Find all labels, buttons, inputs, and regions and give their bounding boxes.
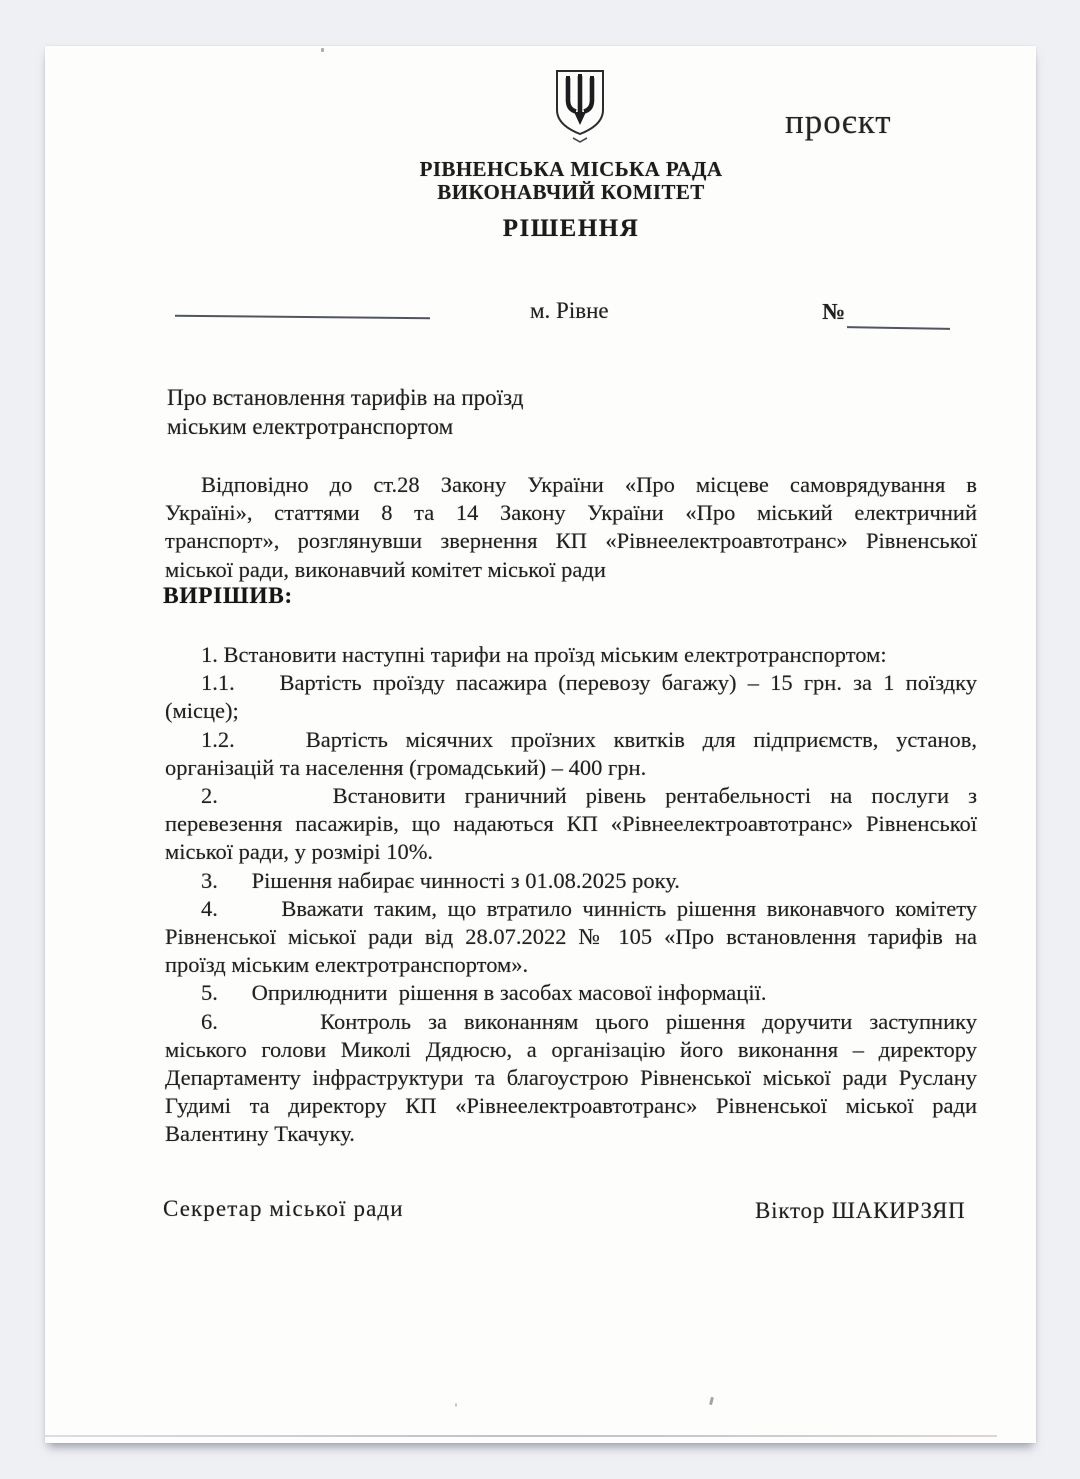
committee-name: ВИКОНАВЧИЙ КОМІТЕТ	[165, 181, 977, 204]
decision-item-5: 5. Оприлюднити рішення в засобах масової…	[165, 979, 977, 1007]
document-page: проєкт РІВНЕНСЬКА МІСЬКА РАДА ВИКОНАВЧИЙ…	[45, 46, 1036, 1443]
decision-item-4: 4. Вважати таким, що втратило чинність р…	[165, 895, 977, 980]
preamble-paragraph: Відповідно до ст.28 Закону України «Про …	[165, 471, 977, 584]
decision-item-6: 6. Контроль за виконанням цього рішення …	[165, 1008, 977, 1149]
decision-item-1: 1. Встановити наступні тарифи на проїзд …	[165, 641, 977, 669]
date-blank-line	[175, 315, 430, 319]
decision-item-2: 2. Встановити граничний рівень рентабель…	[165, 782, 977, 867]
ukraine-trident-emblem	[553, 68, 607, 146]
scan-speck	[321, 48, 324, 52]
city-label: м. Рівне	[530, 298, 609, 324]
decision-item-1-1: 1.1. Вартість проїзду пасажира (перевозу…	[165, 669, 977, 725]
resolved-heading: ВИРІШИВ:	[163, 583, 293, 610]
signatory-title: Секретар міської ради	[163, 1196, 404, 1222]
subject-line-1: Про встановлення тарифів на проїзд	[167, 384, 687, 413]
org-name-block: РІВНЕНСЬКА МІСЬКА РАДА ВИКОНАВЧИЙ КОМІТЕ…	[165, 158, 977, 204]
decision-item-1-2: 1.2. Вартість місячних проїзних квитків …	[165, 726, 977, 782]
decision-items: 1. Встановити наступні тарифи на проїзд …	[165, 641, 977, 1149]
scan-artifact-line	[45, 1435, 997, 1437]
scan-speck	[455, 1403, 457, 1407]
draft-label: проєкт	[785, 102, 892, 142]
decision-item-3: 3. Рішення набирає чинності з 01.08.2025…	[165, 867, 977, 895]
doc-number-sign: №	[822, 299, 845, 325]
council-name: РІВНЕНСЬКА МІСЬКА РАДА	[165, 158, 977, 181]
scan-speck	[709, 1397, 714, 1405]
scan-backdrop: проєкт РІВНЕНСЬКА МІСЬКА РАДА ВИКОНАВЧИЙ…	[0, 0, 1080, 1479]
doc-type-title: РІШЕННЯ	[165, 215, 977, 243]
signatory-name: Віктор ШАКИРЗЯП	[755, 1198, 966, 1224]
subject-block: Про встановлення тарифів на проїзд міськ…	[167, 384, 687, 441]
subject-line-2: міським електротранспортом	[167, 413, 687, 442]
doc-number-blank-line	[847, 326, 950, 330]
